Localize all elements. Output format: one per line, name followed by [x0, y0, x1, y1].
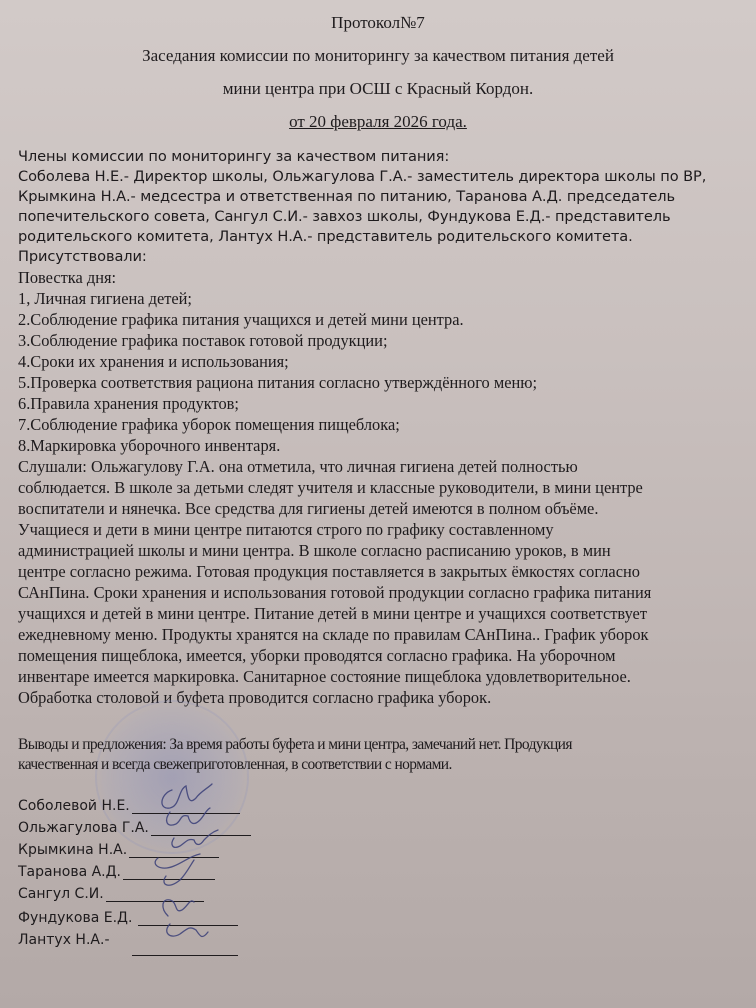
protocol-date-text: от 20 февраля 2026 года. [289, 112, 467, 131]
members-line: попечительского совета, Сангул С.И.- зав… [18, 207, 671, 227]
heard-line: Обработка столовой и буфета проводится с… [18, 688, 491, 708]
heard-line: Учащиеся и дети в мини центре питаются с… [18, 520, 554, 540]
agenda-item: 5.Проверка соответствия рациона питания … [18, 373, 537, 393]
heard-line: воспитатели и нянечка. Все средства для … [18, 499, 598, 519]
agenda-item: 4.Сроки их хранения и использования; [18, 352, 289, 372]
protocol-title: Протокол№7 [0, 6, 756, 39]
present-label: Присутствовали: [18, 247, 147, 267]
document-page: Протокол№7 Заседания комиссии по монитор… [0, 0, 756, 1008]
agenda-item: 6.Правила хранения продуктов; [18, 394, 239, 414]
heard-line: ежедневному меню. Продукты хранятся на с… [18, 625, 649, 645]
protocol-subtitle-line-1: Заседания комиссии по мониторингу за кач… [0, 39, 756, 72]
heard-line: САнПина. Сроки хранения и использования … [18, 583, 651, 603]
protocol-subtitle-line-2: мини центра при ОСШ с Красный Кордон. [0, 72, 756, 105]
signatory-name: Соболевой Н.Е. [18, 798, 130, 814]
conclusions-line: Выводы и предложения: За время работы бу… [18, 735, 572, 755]
members-line: Соболева Н.Е.- Директор школы, Ольжагуло… [18, 167, 706, 187]
agenda-heading: Повестка дня: [18, 268, 116, 288]
signatory-name: Таранова А.Д. [18, 864, 121, 880]
heard-line: Слушали: Ольжагулову Г.А. она отметила, … [18, 457, 578, 477]
agenda-item: 8.Маркировка уборочного инвентаря. [18, 436, 280, 456]
title-block: Протокол№7 Заседания комиссии по монитор… [0, 6, 756, 138]
signatory-name: Лантух Н.А.- [18, 932, 110, 948]
heard-line: соблюдается. В школе за детьми следят уч… [18, 478, 643, 498]
signatory-name: Сангул С.И. [18, 886, 104, 902]
members-line: родительского комитета, Лантух Н.А.- пре… [18, 227, 633, 247]
agenda-item: 1, Личная гигиена детей; [18, 289, 192, 309]
heard-line: учащихся и детей в мини центре. Питание … [18, 604, 647, 624]
heard-line: центре согласно режима. Готовая продукци… [18, 562, 640, 582]
agenda-item: 7.Соблюдение графика уборок помещения пи… [18, 415, 400, 435]
heard-line: администрацией школы и мини центра. В шк… [18, 541, 611, 561]
signatory-name: Фундукова Е.Д. [18, 910, 132, 926]
members-line: Крымкина Н.А.- медсестра и ответственная… [18, 187, 675, 207]
signatory-name: Крымкина Н.А. [18, 842, 127, 858]
conclusions-line: качественная и всегда свежеприготовленна… [18, 755, 452, 775]
agenda-item: 2.Соблюдение графика питания учащихся и … [18, 310, 464, 330]
agenda-item: 3.Соблюдение графика поставок готовой пр… [18, 331, 388, 351]
protocol-date: от 20 февраля 2026 года. [0, 105, 756, 138]
heard-line: инвентаре имеется маркировка. Санитарное… [18, 667, 631, 687]
heard-line: помещения пищеблока, имеется, уборки про… [18, 646, 615, 666]
handwritten-signatures-icon [130, 780, 250, 960]
members-heading: Члены комиссии по мониторингу за качеств… [18, 147, 449, 167]
